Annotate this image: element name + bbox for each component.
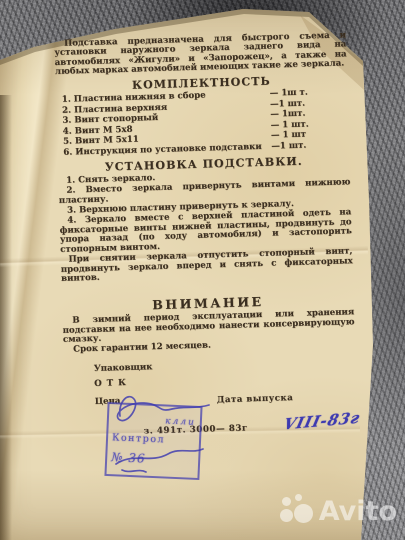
item-qty: —1 шт. (271, 140, 349, 152)
stamp-line-number: № 36 (111, 450, 195, 468)
stamp-line-control: Контрол (112, 432, 195, 447)
komplekt-list: 1. Пластина нижняя в сборе— 1ш т. 2. Пла… (56, 87, 350, 158)
photo-of-instruction-sheet: Подставка предназначена для быстрого съе… (0, 0, 405, 540)
stamp-line-top: клли (113, 414, 196, 428)
paper-left-fold-shadow (0, 95, 12, 540)
intro-paragraph: Подставка предназначена для быстрого съе… (54, 31, 347, 77)
otk-ink-stamp: клли Контрол № 36 (104, 402, 202, 480)
avito-logo-icon (280, 494, 314, 528)
removal-note: При снятии зеркала отпустить стопорный в… (60, 248, 353, 285)
issue-date-label: Дата выпуска (217, 394, 294, 406)
otk-label: ОТК (94, 372, 356, 389)
avito-watermark-text: Avito (319, 496, 397, 527)
install-steps: 1. Снять зеркало. 2. Вместо зеркала прив… (58, 168, 352, 255)
avito-watermark: Avito (280, 494, 397, 528)
